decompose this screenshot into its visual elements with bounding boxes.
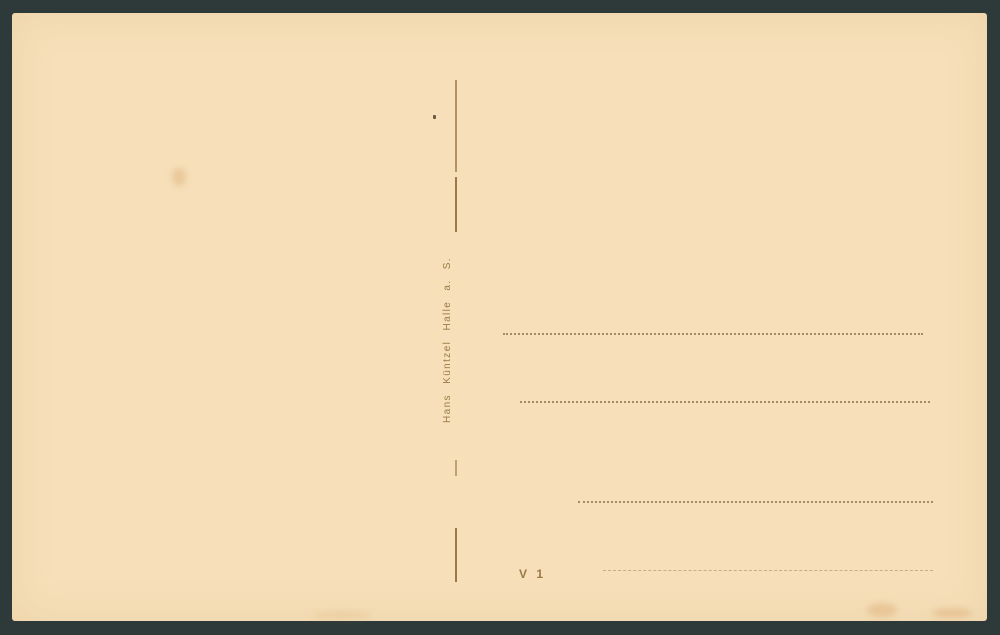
- divider-line-top: [455, 80, 457, 172]
- stain: [312, 611, 372, 619]
- address-line-1: [503, 333, 923, 335]
- speck: [433, 115, 436, 119]
- postcard-back: [12, 13, 987, 621]
- address-line-2: [520, 401, 930, 403]
- publisher-imprint: Hans Küntzel Halle a. S.: [442, 257, 453, 423]
- divider-line-upper: [455, 177, 457, 232]
- divider-line-lower: [455, 460, 457, 476]
- address-line-4: [603, 570, 933, 571]
- stain: [172, 168, 186, 186]
- address-line-3: [578, 501, 933, 503]
- divider-line-bottom: [455, 528, 457, 582]
- stain: [867, 603, 897, 617]
- stain: [932, 608, 972, 618]
- series-code: V 1: [519, 567, 546, 581]
